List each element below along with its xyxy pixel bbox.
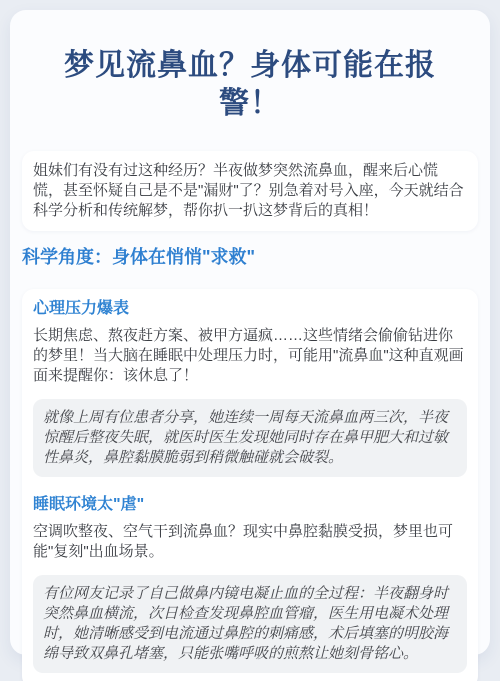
subsection-heading-sleep-environment: 睡眠环境太"虐": [33, 495, 467, 515]
article-card: 梦见流鼻血？身体可能在报警！ 姐妹们有没有过这种经历？半夜做梦突然流鼻血，醒来后…: [10, 10, 490, 655]
quote-block-netizen-story: 有位网友记录了自己做鼻内镜电凝止血的全过程：半夜翻身时突然鼻血横流，次日检查发现…: [33, 575, 467, 673]
subsection-heading-stress: 心理压力爆表: [33, 299, 467, 319]
page-background: { "title": "梦见流鼻血？身体可能在报警！", "intro": { …: [0, 0, 500, 681]
section-heading-science: 科学角度：身体在悄悄"求救": [22, 246, 478, 268]
subsection-body-stress: 长期焦虑、熬夜赶方案、被甲方逼疯……这些情绪会偷偷钻进你的梦里！当大脑在睡眠中处…: [33, 326, 467, 386]
intro-card: 姐妹们有没有过这种经历？半夜做梦突然流鼻血，醒来后心慌慌，甚至怀疑自己是不是"漏…: [22, 151, 478, 231]
intro-text: 姐妹们有没有过这种经历？半夜做梦突然流鼻血，醒来后心慌慌，甚至怀疑自己是不是"漏…: [33, 161, 467, 221]
subsection-body-sleep-environment: 空调吹整夜、空气干到流鼻血？现实中鼻腔黏膜受损，梦里也可能"复刻"出血场景。: [33, 522, 467, 562]
article-title: 梦见流鼻血？身体可能在报警！: [36, 47, 464, 123]
quote-block-patient-story: 就像上周有位患者分享，她连续一周每天流鼻血两三次，半夜惊醒后整夜失眠，就医时医生…: [33, 399, 467, 477]
science-section-card: 心理压力爆表 长期焦虑、熬夜赶方案、被甲方逼疯……这些情绪会偷偷钻进你的梦里！当…: [22, 289, 478, 681]
